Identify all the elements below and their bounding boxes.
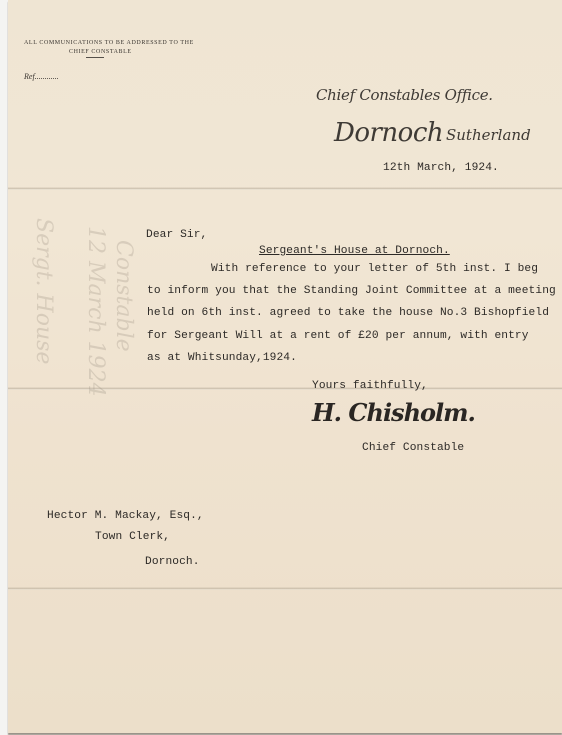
fold-line bbox=[8, 587, 562, 590]
subject-line: Sergeant's House at Dornoch. bbox=[259, 245, 450, 257]
closing: Yours faithfully, bbox=[312, 380, 428, 392]
signatory-title: Chief Constable bbox=[362, 442, 464, 454]
bleed-through-text: 12 March 1924 bbox=[83, 226, 108, 397]
fold-line bbox=[8, 187, 562, 190]
letter-page: Sergt. House 12 March 1924 Constable bbox=[8, 0, 562, 733]
body-line: for Sergeant Will at a rent of £20 per a… bbox=[147, 330, 529, 342]
body-line: With reference to your letter of 5th ins… bbox=[211, 263, 538, 275]
body-line: as at Whitsunday,1924. bbox=[147, 352, 297, 364]
office-county: Sutherland bbox=[446, 126, 531, 144]
bleed-through-text: Sergt. House bbox=[31, 218, 56, 364]
office-place: Dornoch bbox=[334, 118, 443, 148]
recipient-name: Hector M. Mackay, Esq., bbox=[47, 510, 204, 522]
recipient-title: Town Clerk, bbox=[95, 531, 170, 543]
recipient-place: Dornoch. bbox=[145, 556, 200, 568]
office-heading: Chief Constables Office. bbox=[316, 86, 493, 104]
salutation: Dear Sir, bbox=[146, 229, 207, 241]
body-line: held on 6th inst. agreed to take the hou… bbox=[147, 307, 549, 319]
letterhead-line: Chief Constable bbox=[69, 49, 132, 55]
bleed-through-text: Constable bbox=[111, 240, 136, 352]
body-line: to inform you that the Standing Joint Co… bbox=[147, 285, 556, 297]
signature: H. Chisholm. bbox=[312, 398, 475, 427]
letterhead-rule bbox=[86, 57, 104, 58]
letter-date: 12th March, 1924. bbox=[383, 162, 499, 174]
reference-field: Ref............ bbox=[24, 72, 59, 81]
letterhead-line: All Communications to be addressed to th… bbox=[24, 40, 194, 46]
